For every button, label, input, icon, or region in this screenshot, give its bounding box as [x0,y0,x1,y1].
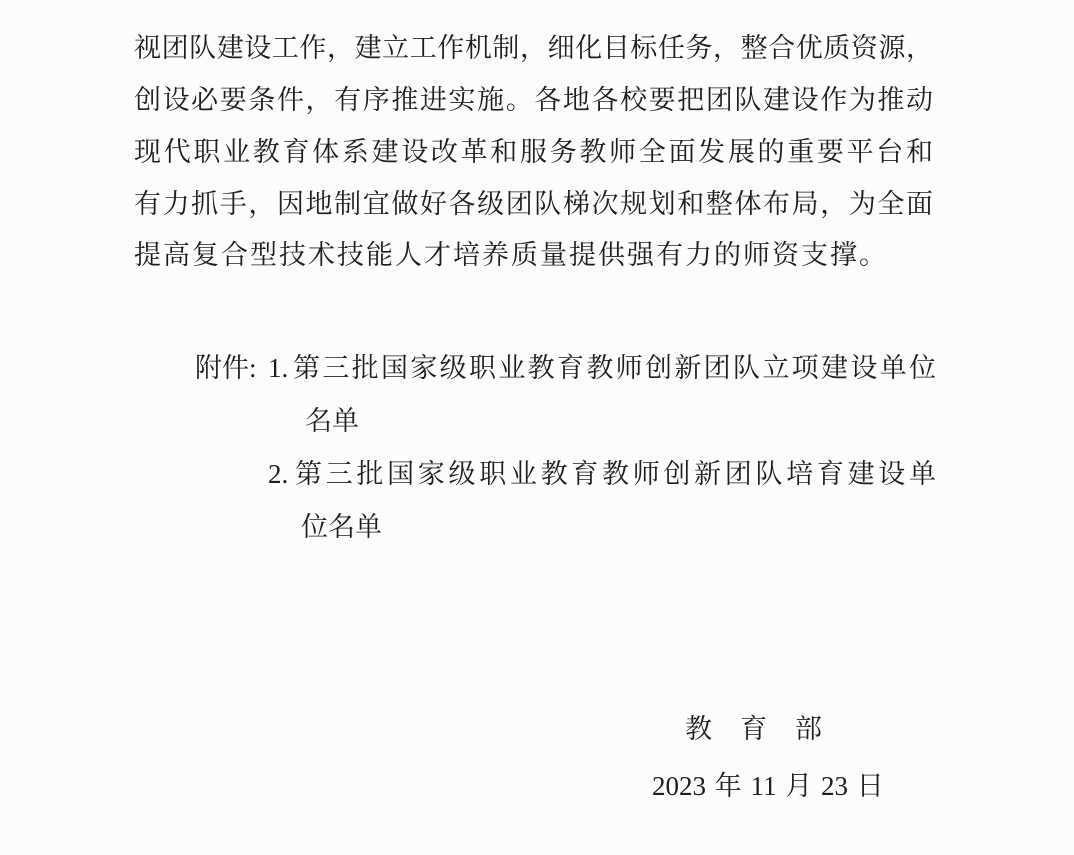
body-line-4: 有力抓手，因地制宜做好各级团队梯次规划和整体布局，为全面 [134,188,933,220]
body-line-3: 现代职业教育体系建设改革和服务教师全面发展的重要平台和 [134,136,933,168]
attachment-1-number: 1. [268,352,288,384]
attachments-label: 附件: [195,352,257,384]
issue-date: 2023 年 11 月 23 日 [652,770,884,802]
issuer-name: 教育部 [685,713,850,745]
body-line-1: 视团队建设工作，建立工作机制，细化目标任务，整合优质资源， [134,32,933,64]
attachment-2-title-line-2: 位名单 [301,511,382,543]
body-line-2: 创设必要条件，有序推进实施。各地各校要把团队建设作为推动 [134,84,933,116]
body-line-5: 提高复合型技术技能人才培养质量提供强有力的师资支撑。 [134,239,933,271]
document-page: 视团队建设工作，建立工作机制，细化目标任务，整合优质资源， 创设必要条件，有序推… [0,0,1074,855]
attachment-1-title-line-1: 第三批国家级职业教育教师创新团队立项建设单位 [293,352,936,384]
attachment-1-title-line-2: 名单 [305,405,359,437]
attachment-2-title-line-1: 第三批国家级职业教育教师创新团队培育建设单 [295,458,936,490]
attachment-2-number: 2. [268,458,288,490]
